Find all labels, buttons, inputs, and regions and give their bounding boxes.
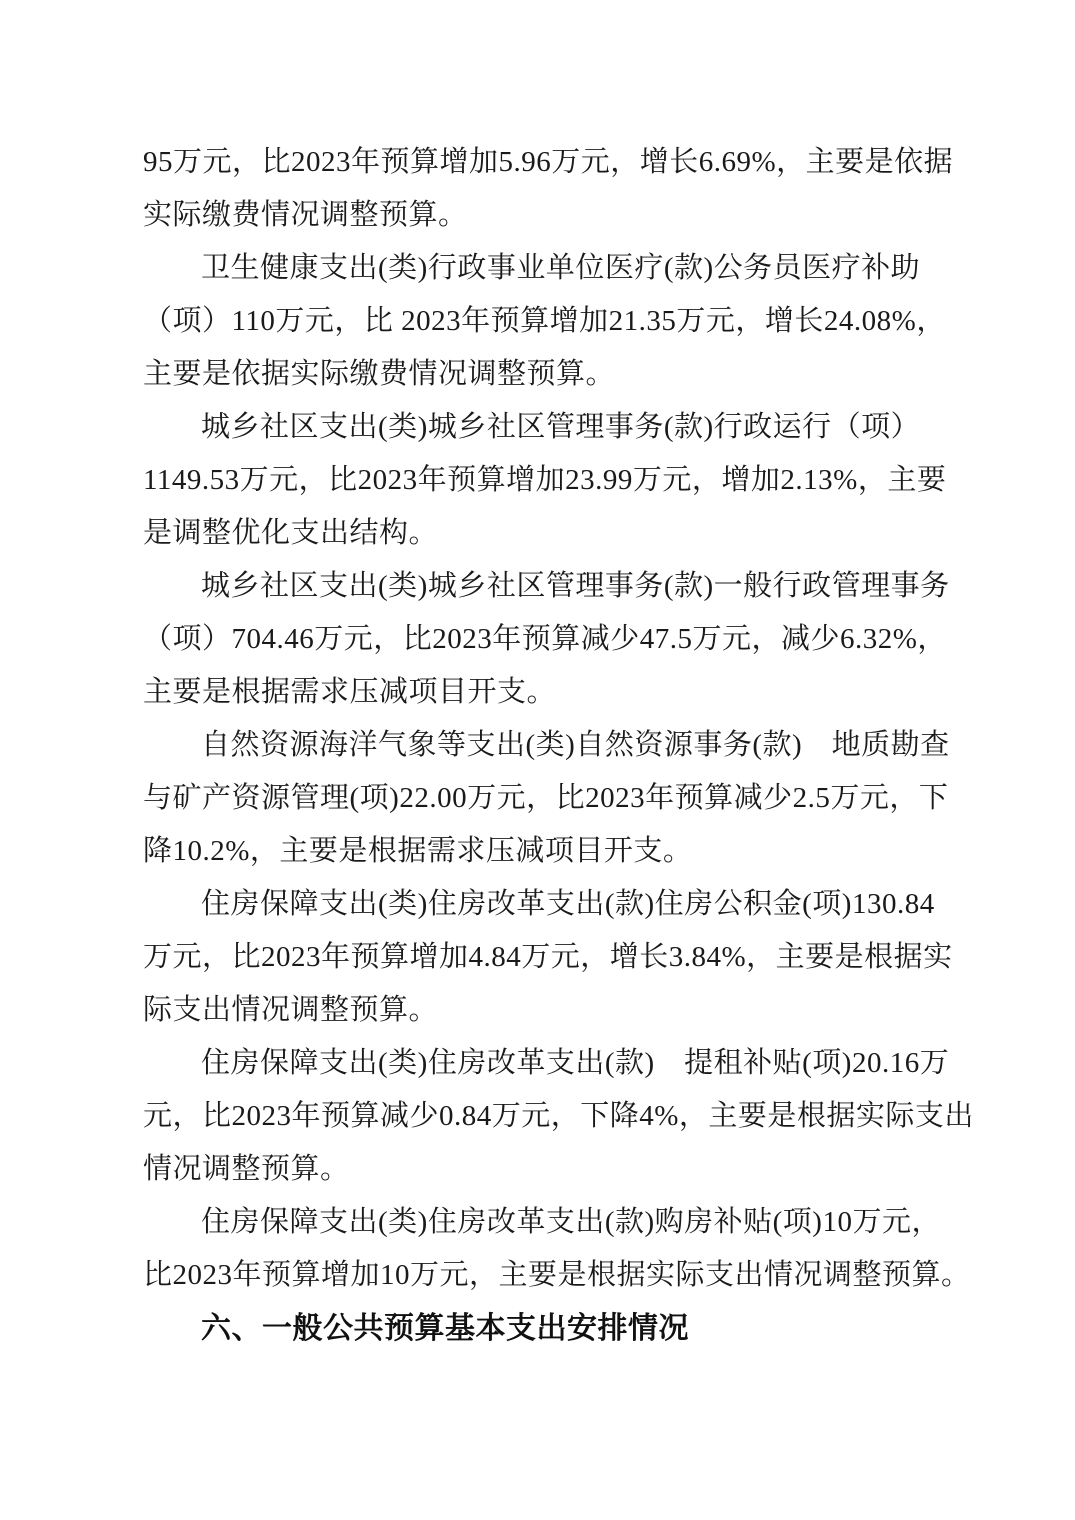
text-line: 情况调整预算。 bbox=[143, 1143, 943, 1196]
text-line: （项）110万元，比 2023年预算增加21.35万元，增长24.08%， bbox=[143, 295, 943, 348]
text-line: 主要是根据需求压减项目开支。 bbox=[143, 666, 943, 719]
text-line: 城乡社区支出(类)城乡社区管理事务(款)行政运行（项） bbox=[143, 401, 943, 454]
text-line: 元，比2023年预算减少0.84万元，下降4%，主要是根据实际支出 bbox=[143, 1090, 943, 1143]
text-line: 际支出情况调整预算。 bbox=[143, 984, 943, 1037]
text-line: 城乡社区支出(类)城乡社区管理事务(款)一般行政管理事务 bbox=[143, 560, 943, 613]
text-line: 住房保障支出(类)住房改革支出(款)住房公积金(项)130.84 bbox=[143, 878, 943, 931]
text-line: 是调整优化支出结构。 bbox=[143, 507, 943, 560]
text-line: 住房保障支出(类)住房改革支出(款)购房补贴(项)10万元， bbox=[143, 1196, 943, 1249]
text-line: 实际缴费情况调整预算。 bbox=[143, 189, 943, 242]
section-heading: 六、一般公共预算基本支出安排情况 bbox=[143, 1302, 943, 1355]
text-line: 自然资源海洋气象等支出(类)自然资源事务(款) 地质勘查 bbox=[143, 719, 943, 772]
text-line: 万元，比2023年预算增加4.84万元，增长3.84%，主要是根据实 bbox=[143, 931, 943, 984]
text-line: 与矿产资源管理(项)22.00万元，比2023年预算减少2.5万元，下 bbox=[143, 772, 943, 825]
text-line: 降10.2%，主要是根据需求压减项目开支。 bbox=[143, 825, 943, 878]
text-line: （项）704.46万元，比2023年预算减少47.5万元，减少6.32%， bbox=[143, 613, 943, 666]
text-line: 主要是依据实际缴费情况调整预算。 bbox=[143, 348, 943, 401]
text-line: 95万元，比2023年预算增加5.96万元，增长6.69%，主要是依据 bbox=[143, 136, 943, 189]
document-body: 95万元，比2023年预算增加5.96万元，增长6.69%，主要是依据 实际缴费… bbox=[143, 136, 943, 1355]
document-page: 95万元，比2023年预算增加5.96万元，增长6.69%，主要是依据 实际缴费… bbox=[0, 0, 1075, 1520]
text-line: 比2023年预算增加10万元，主要是根据实际支出情况调整预算。 bbox=[143, 1249, 943, 1302]
text-line: 卫生健康支出(类)行政事业单位医疗(款)公务员医疗补助 bbox=[143, 242, 943, 295]
text-line: 1149.53万元，比2023年预算增加23.99万元，增加2.13%，主要 bbox=[143, 454, 943, 507]
text-line: 住房保障支出(类)住房改革支出(款) 提租补贴(项)20.16万 bbox=[143, 1037, 943, 1090]
